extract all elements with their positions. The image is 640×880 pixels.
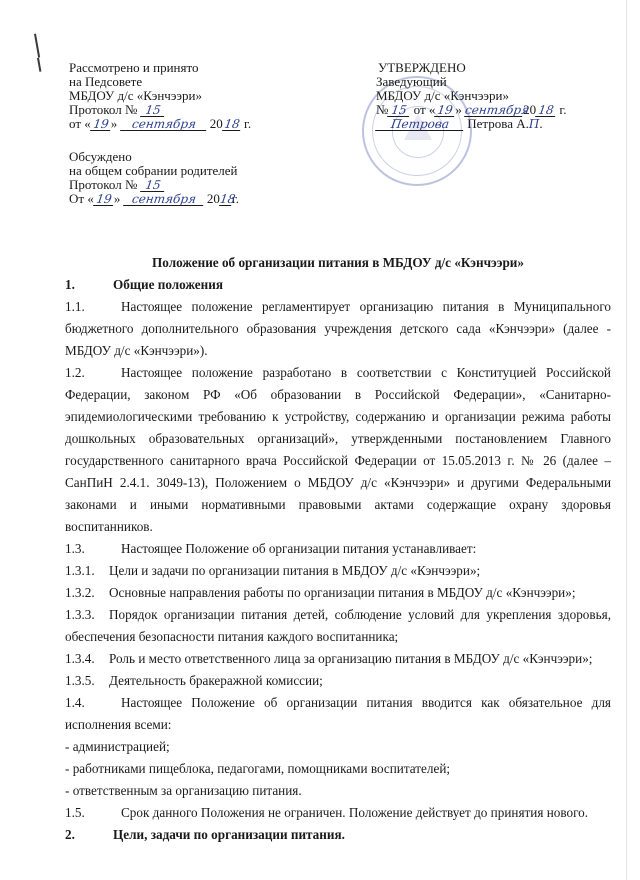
margin-pen-mark [37,58,41,72]
item-number: 1.3.5. [65,670,109,692]
signatory-end: . [539,116,542,131]
section-title: Цели, задачи по организации питания. [113,827,345,842]
discussion-block-parents: Обсуждено на общем собрании родителей Пр… [69,150,239,206]
paragraph-1-3: 1.3.Настоящее Положение об организации п… [65,538,611,560]
item-text: Цели и задачи по организации питания в М… [109,563,480,578]
section-number: 1. [65,274,113,296]
approval-number-date-line: №15 от «19» сентября2018 г. [376,103,567,117]
handwritten-protocol-number: 15 [140,179,166,192]
date-line: от «19» сентября 2018 г. [69,117,251,131]
date-prefix: от « [414,102,436,117]
section-title: Общие положения [113,277,223,292]
approval-block-pedsovet: Рассмотрено и принято на Педсовете МБДОУ… [69,61,251,131]
handwritten-year: 18 [222,118,242,131]
handwritten-number: 15 [387,104,411,117]
item-number: 1.3.2. [65,582,109,604]
date-line: От «19» сентября 2018г. [69,192,239,206]
list-item: 1.3.1.Цели и задачи по организации питан… [65,560,611,582]
item-text: Деятельность бракеражной комиссии; [109,673,323,688]
item-number: 1.3.1. [65,560,109,582]
bullet-item: - ответственным за организацию питания. [65,780,611,802]
item-number: 1.3.4. [65,648,109,670]
handwritten-day: 19 [90,118,112,131]
header-line: Обсуждено [69,150,239,164]
header-line: Рассмотрено и принято [69,61,251,75]
year-prefix: 20 [210,116,223,131]
bullet-item: - работниками пищеблока, педагогами, пом… [65,758,611,780]
handwritten-day: 19 [93,193,115,206]
protocol-label: Протокол № [69,102,137,117]
header-line: на Педсовете [69,75,251,89]
handwritten-signature: Петрова [375,118,465,131]
header-line: МБДОУ д/с «Кэнчээри» [376,89,567,103]
page-edge-line [626,0,627,880]
date-prefix: От « [69,191,94,206]
handwritten-protocol-number: 15 [140,104,166,117]
date-prefix: от « [69,116,91,131]
handwritten-year: 18 [219,193,233,206]
paragraph-number: 1.1. [65,296,121,318]
header-line: Заведующий [376,75,567,89]
header-line: на общем собрании родителей [69,164,239,178]
paragraph-text: Настоящее положение регламентирует орган… [65,299,611,358]
protocol-line: Протокол № 15 [69,178,239,192]
margin-pen-mark [34,34,40,58]
paragraph-number: 1.3. [65,538,121,560]
section-heading: 1.Общие положения [65,274,611,296]
paragraph-1-5: 1.5.Срок данного Положения не ограничен.… [65,802,611,824]
handwritten-day: 19 [435,104,457,117]
list-item: 1.3.4.Роль и место ответственного лица з… [65,648,611,670]
protocol-label: Протокол № [69,177,137,192]
signatory-name: Петрова А. [467,116,529,131]
paragraph-1-4: 1.4.Настоящее Положение об организации п… [65,692,611,736]
year-suffix: г. [559,102,566,117]
paragraph-1-1: 1.1.Настоящее положение регламентирует о… [65,296,611,362]
approved-block: УТВЕРЖДЕНО Заведующий МБДОУ д/с «Кэнчээр… [376,61,567,131]
approved-heading: УТВЕРЖДЕНО [376,61,567,75]
protocol-line: Протокол № 15 [69,103,251,117]
item-number: 1.3.3. [65,604,109,626]
paragraph-number: 1.5. [65,802,121,824]
list-item: 1.3.5.Деятельность бракеражной комиссии; [65,670,611,692]
handwritten-initial: П [529,118,539,130]
paragraph-1-2: 1.2.Настоящее положение разработано в со… [65,362,611,538]
paragraph-text: Настоящее положение разработано в соотве… [65,365,611,534]
item-text: Роль и место ответственного лица за орга… [109,651,592,666]
section-heading: 2.Цели, задачи по организации питания. [65,824,611,846]
year-prefix: 20 [207,191,220,206]
signature-line: Петрова Петрова А.П. [376,117,567,131]
section-number: 2. [65,824,113,846]
document-body: Положение об организации питания в МБДОУ… [65,252,611,846]
header-line: МБДОУ д/с «Кэнчээри» [69,89,251,103]
bullet-item: - администрацией; [65,736,611,758]
handwritten-month: сентября [120,118,208,131]
item-text: Основные направления работы по организац… [109,585,576,600]
paragraph-text: Срок данного Положения не ограничен. Пол… [121,805,588,820]
document-title: Положение об организации питания в МБДОУ… [65,252,611,274]
paragraph-number: 1.2. [65,362,121,384]
paragraph-number: 1.4. [65,692,121,714]
list-item: 1.3.3.Порядок организации питания детей,… [65,604,611,648]
paragraph-text: Настоящее Положение об организации питан… [121,541,476,556]
date-quote-close: » [455,102,462,117]
item-text: Порядок организации питания детей, соблю… [65,607,611,644]
handwritten-month: сентября [123,193,205,206]
paragraph-text: Настоящее Положение об организации питан… [65,695,611,732]
list-item: 1.3.2.Основные направления работы по орг… [65,582,611,604]
year-suffix: г. [244,116,251,131]
